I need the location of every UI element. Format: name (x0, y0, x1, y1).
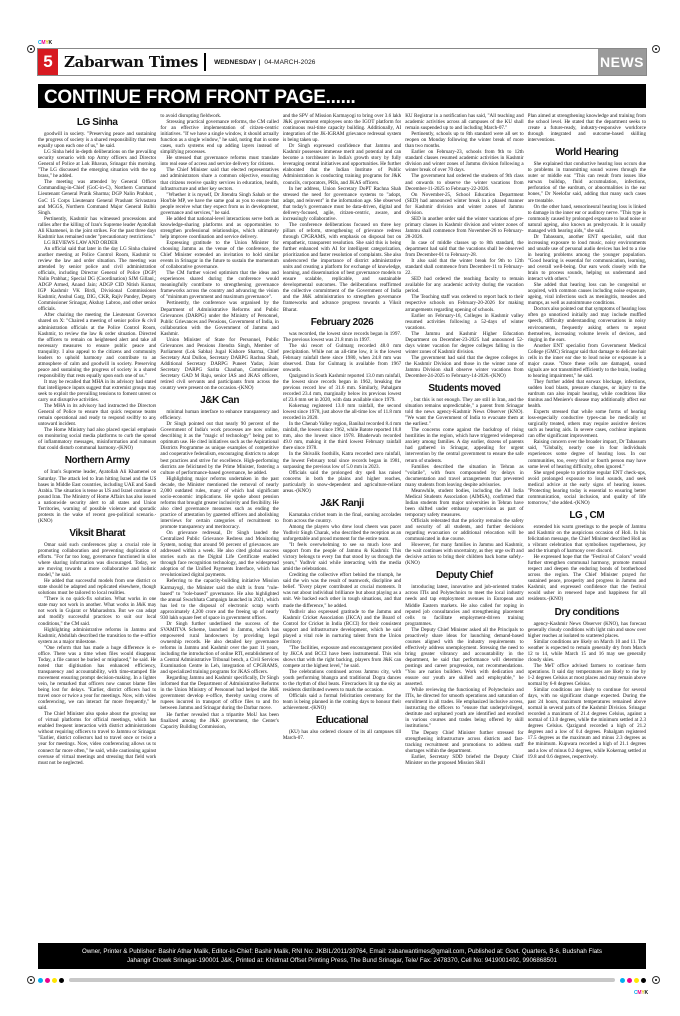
section-heading: Viksit Bharat (38, 527, 156, 540)
page-number: 5 (38, 49, 58, 75)
article-paragraph: LG Sinha held in-depth deliberations on … (38, 149, 156, 179)
article-paragraph: Dr Singh pointed out that nearly 90 perc… (160, 421, 278, 475)
article-paragraph: The Deputy Chief Minister further stress… (405, 730, 523, 754)
article-paragraph: KU Registrar in a notification has said,… (405, 113, 523, 131)
article-paragraph: Referring to the capacity-building initi… (160, 578, 278, 620)
magenta-swatch (627, 978, 632, 983)
article-paragraph: Highlighting administrative reforms in J… (38, 627, 156, 645)
article-paragraph: On grievance redressal, Dr Singh lauded … (160, 530, 278, 578)
article-paragraph: "It feels overwhelming to see so much lo… (283, 542, 401, 572)
article-paragraph: The conference deliberations focused on … (283, 222, 401, 313)
article-paragraph: The Jammu and Kashmir Higher Education D… (405, 331, 523, 355)
article-paragraph: After chairing the meeting the Lieutenan… (38, 312, 156, 379)
article-paragraph: They further added that earwax blockage,… (528, 379, 646, 409)
article-paragraph: An official said that later in the day L… (38, 246, 156, 313)
registration-mark-bottom-left (27, 976, 35, 984)
article-paragraph: Pertinently, the conference was organise… (160, 300, 278, 336)
masthead: 5 Zabarwan Times WEDNESDAY | 04-MARCH-20… (37, 48, 647, 76)
article-paragraph: The MHA in its advisory had instructed t… (38, 403, 156, 427)
black-swatch (641, 978, 646, 983)
article-paragraph: He further revealed that a tripartite Mo… (160, 712, 278, 730)
registration-mark-top-left (27, 45, 35, 53)
imprint-line-1: Owner, Printer & Publisher: Bashir Athar… (38, 947, 646, 956)
imprint-footer: Owner, Printer & Publisher: Bashir Athar… (38, 943, 646, 969)
section-heading: LG , CM (528, 509, 646, 522)
section-heading: Northern Army (38, 454, 156, 467)
article-paragraph: Doctors also pointed out that symptoms o… (528, 306, 646, 342)
issue-date: WEDNESDAY | 04-MARCH-2026 (214, 49, 315, 75)
article-paragraph: Officials said the prolonged dry spell h… (283, 470, 401, 494)
print-color-bar (38, 977, 646, 983)
article-paragraph: Dr Tabassum, another ENT specialist, sai… (528, 234, 646, 282)
column-5: Plan aimed at strengthening knowledge an… (528, 113, 646, 935)
article-paragraph: SED had ordered the teaching faculty to … (405, 276, 523, 294)
cyan-swatch (620, 978, 625, 983)
article-paragraph: He expressed hope that the "Festival of … (528, 554, 646, 602)
section-heading: LG Sinha (38, 116, 156, 129)
article-paragraph: Earlier on February-23, schools from 9th… (405, 149, 523, 173)
article-paragraph: In the Chenab Valley region, Banihal rec… (283, 421, 401, 451)
issue-date-value: 04-MARCH-2026 (264, 59, 315, 66)
article-paragraph: Regarding Jammu and Kashmir specifically… (160, 675, 278, 711)
article-paragraph: Raising concern over the broader impact,… (528, 439, 646, 469)
article-paragraph: The Chief Minister also spoke about the … (38, 711, 156, 765)
article-paragraph: Officials reiterated that the priority r… (405, 518, 523, 542)
article-paragraph: "There is no quick-fix solution. What wo… (38, 596, 156, 626)
gray-strip (69, 978, 615, 982)
article-paragraph: Kokernag registered 13.0 mm rainfall, th… (283, 403, 401, 421)
article-paragraph: Plan aimed at strengthening knowledge an… (528, 113, 646, 143)
section-heading: J&K Ranji (283, 497, 401, 510)
article-paragraph: agency-Kashmir News Observer (KNO), has … (528, 621, 646, 639)
article-paragraph: Qazigund in South Kashmir reported 13.0 … (283, 373, 401, 403)
article-paragraph: Yudhvir also expressed gratitude to the … (283, 609, 401, 645)
article-paragraph: On November-25, School Education Departm… (405, 192, 523, 216)
article-paragraph: "Whether it is myself, Dr Jitendra Singh… (160, 192, 278, 216)
cmyk-label-top: CMYK (38, 40, 52, 46)
article-paragraph: She added that hearing loss can be conge… (528, 282, 646, 306)
article-paragraph: She explained that conductive hearing lo… (528, 161, 646, 203)
column-4: KU Registrar in a notification has said,… (405, 113, 523, 935)
article-paragraph: Highlighting major reforms undertaken in… (160, 476, 278, 530)
article-paragraph: It also said that the winter break for 9… (405, 258, 523, 276)
section-heading: Students moved (405, 382, 523, 395)
magenta-swatch (45, 978, 50, 983)
article-paragraph: He added that successful models from one… (38, 578, 156, 596)
cmyk-label-bottom: CMYK (634, 990, 648, 996)
imprint-line-2: Jahangir Chowk Srinagar-190001 J&K, Prin… (38, 956, 646, 965)
registration-mark-bottom-right (652, 976, 660, 984)
article-paragraph: The government had said that the degree … (405, 355, 523, 379)
article-paragraph: Dr Singh expressed confidence that Jammu… (283, 143, 401, 185)
article-paragraph: She urged people to prioritise regular E… (528, 470, 646, 506)
article-paragraph: The Home Ministry had also placed specia… (38, 427, 156, 451)
article-paragraph: Similar conditions are likely on March 1… (528, 639, 646, 663)
page-banner: CONTINUE FROM FRONT PAGE...... (38, 84, 646, 108)
article-columns: LG Sinhagoodwill in society. "Preserving… (38, 113, 646, 935)
article-paragraph: goodwill in society. "Preserving peace a… (38, 131, 156, 149)
section-heading: Educational (283, 714, 401, 727)
column-2: to avoid disrupting fieldwork.Stressing … (160, 113, 278, 935)
article-paragraph: However, for many families in Jammu and … (405, 542, 523, 566)
cyan-swatch (38, 978, 43, 983)
column-3: and the SPV of Mission Karmayogi to brin… (283, 113, 401, 935)
article-paragraph: of Iran's Supreme leader, Ayatollah Ali … (38, 469, 156, 523)
article-paragraph: In case of middle classes up to 8th stan… (405, 240, 523, 258)
article-paragraph: Families described the situation in Tehr… (405, 464, 523, 488)
article-paragraph: was recorded, the lowest since records b… (283, 331, 401, 343)
article-paragraph: Earlier, Secretary SDD briefed the Deput… (405, 754, 523, 766)
article-paragraph: SED in another order said the winter vac… (405, 216, 523, 240)
black-swatch (59, 978, 64, 983)
article-paragraph: Union Minister of State for Personnel, P… (160, 337, 278, 391)
article-paragraph: Another ENT specialist from Government M… (528, 343, 646, 379)
article-paragraph: Meanwhile, student bodies, including the… (405, 488, 523, 518)
article-paragraph: Experts stressed that while some forms o… (528, 409, 646, 439)
article-paragraph: extended his warm greetings to the peopl… (528, 524, 646, 554)
title-separator (204, 53, 206, 71)
date-divider: | (257, 59, 263, 66)
article-paragraph: Pertinently, schools up to 8th standard … (405, 131, 523, 149)
article-paragraph: The meeting was attended by General Offi… (38, 179, 156, 215)
article-paragraph: Dr Singh further underlined the success … (160, 621, 278, 675)
article-paragraph: In her address, Union Secretary DoPT Rac… (283, 186, 401, 222)
article-paragraph: "The facilities, exposure and encouragem… (283, 645, 401, 669)
article-paragraph: The ski resort of Gulmarg recorded 48.0 … (283, 343, 401, 373)
article-paragraph: He stressed that governance reforms must… (160, 155, 278, 167)
issue-day: WEDNESDAY (214, 59, 257, 66)
article-paragraph: , but this is not enough. They are still… (405, 397, 523, 427)
article-paragraph: Among the players who drew loud cheers w… (283, 524, 401, 542)
section-heading: J&K Can (160, 394, 278, 407)
article-paragraph: minimal human interface to enhance trans… (160, 409, 278, 421)
newspaper-title: Zabarwan Times (58, 49, 204, 75)
article-paragraph: On the other hand, sensorineural hearing… (528, 204, 646, 234)
article-paragraph: The Teaching staff was ordered to report… (405, 294, 523, 312)
article-paragraph: and the SPV of Mission Karmayogi to brin… (283, 113, 401, 143)
article-paragraph: Officials said a formal felicitation cer… (283, 693, 401, 711)
article-paragraph: It may be recalled that MHA in its advis… (38, 379, 156, 403)
article-paragraph: Pertinently, Kashmir has witnessed proce… (38, 216, 156, 240)
article-paragraph: Karnataka cricket team in the final, ear… (283, 512, 401, 524)
article-paragraph: introducing latest, innovative and job-o… (405, 584, 523, 626)
article-paragraph: (KU) has also ordered closure of its all… (283, 729, 401, 741)
section-heading: Dry conditions (528, 606, 646, 619)
article-paragraph: "One reform that has made a huge differe… (38, 645, 156, 712)
article-paragraph: Expressing gratitude to the Union Minist… (160, 240, 278, 270)
section-label: NEWS (598, 49, 646, 75)
article-paragraph: While reviewing the functioning of Polyt… (405, 687, 523, 729)
article-paragraph: Earlier on February-16, Colleges in Kash… (405, 313, 523, 331)
article-paragraph: Omar said such conferences play a crucia… (38, 542, 156, 578)
article-paragraph: He added that national-level interaction… (160, 216, 278, 240)
article-paragraph: Crediting the collective effort behind t… (283, 572, 401, 608)
article-paragraph: The celebrations continued across Jammu … (283, 669, 401, 693)
registration-mark-top-right (652, 45, 660, 53)
article-paragraph: Similar conditions are likely to continu… (528, 687, 646, 760)
article-paragraph: The government had ordered the students … (405, 173, 523, 191)
section-heading: Deputy Chief (405, 569, 523, 582)
article-paragraph: The Chief Minister said that elected rep… (160, 167, 278, 191)
column-1: LG Sinhagoodwill in society. "Preserving… (38, 113, 156, 935)
article-paragraph: The concerns come against the backdrop o… (405, 427, 523, 463)
section-heading: February 2026 (283, 316, 401, 329)
article-paragraph: The MeT office advised farmers to contin… (528, 663, 646, 687)
article-paragraph: The Deputy Chief Minister asked all the … (405, 627, 523, 687)
article-paragraph: In the Shivalik foothills, Katra recorde… (283, 451, 401, 469)
yellow-swatch (52, 978, 57, 983)
yellow-swatch (634, 978, 639, 983)
article-paragraph: Stressing practical governance reforms, … (160, 119, 278, 155)
section-heading: World Hearing (528, 146, 646, 159)
article-paragraph: The CM further voiced optimism that the … (160, 270, 278, 300)
